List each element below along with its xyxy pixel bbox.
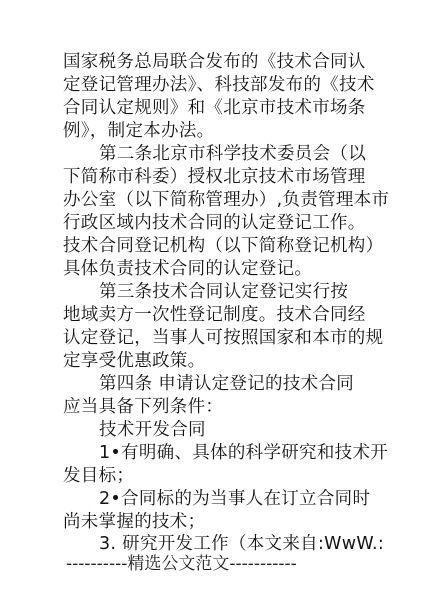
text-line: 具体负责技术合同的认定登记。 (63, 258, 312, 280)
subheading: 技术开发合同 (99, 419, 206, 441)
text-line: 发目标； (63, 465, 134, 487)
text-line: 地域卖方一次性登记制度。技术合同经 (63, 304, 366, 326)
text-line: 下简称市科委）授权北京技术市场管理 (63, 166, 366, 188)
text-line: 认定登记，当事人可按照国家和本市的规 (63, 327, 383, 349)
article-4-heading: 第四条 申请认定登记的技术合同 (99, 373, 354, 395)
text-line: 办公室（以下简称管理办）,负责管理本市 (63, 189, 389, 211)
text-line: 技术合同登记机构（以下简称登记机构） (63, 235, 383, 257)
footer-divider: ----------精选公文范文----------- (66, 553, 297, 575)
list-item: 2•合同标的为当事人在订立合同时 (99, 488, 370, 510)
article-2-heading: 第二条北京市科学技术委员会（以 (99, 143, 366, 165)
text-line: 定登记管理办法》、科技部发布的《技术 (63, 74, 375, 96)
list-item: 3. 研究开发工作（本文来自:WwW.: (99, 533, 384, 555)
text-line: 例》，制定本办法。 (63, 120, 214, 142)
text-line: 合同认定规则》和《北京市技术市场条 (63, 97, 366, 119)
text-line: 定享受优惠政策。 (63, 350, 205, 372)
text-line: 尚未掌握的技术； (63, 511, 205, 533)
text-line: 行政区域内技术合同的认定登记工作。 (63, 212, 366, 234)
text-line: 国家税务总局联合发布的《技术合同认 (63, 51, 366, 73)
document-page: 国家税务总局联合发布的《技术合同认 定登记管理办法》、科技部发布的《技术 合同认… (0, 0, 423, 600)
text-line: 应当具备下列条件： (63, 396, 223, 418)
list-item: 1•有明确、具体的科学研究和技术开 (99, 442, 388, 464)
article-3-heading: 第三条技术合同认定登记实行按 (99, 281, 348, 303)
